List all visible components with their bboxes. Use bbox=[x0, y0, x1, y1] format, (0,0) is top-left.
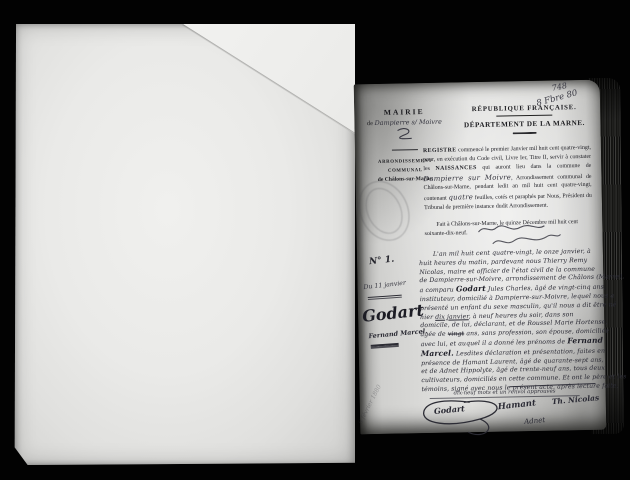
departement-title: DÉPARTEMENT DE LA MARNE. bbox=[458, 119, 590, 130]
margin-pencil-note: 6 février 1880 bbox=[357, 384, 383, 426]
page-content: 748 8 Fbre 80 MAIRIE de Dampierre s/ Moi… bbox=[354, 80, 607, 435]
margin-rule-bottom bbox=[371, 343, 399, 347]
ornament-rule bbox=[513, 132, 537, 134]
republique-title: RÉPUBLIQUE FRANÇAISE. bbox=[458, 104, 590, 114]
oval-stamp-inner bbox=[359, 182, 410, 240]
oval-stamp bbox=[349, 173, 419, 250]
register-page: 748 8 Fbre 80 MAIRIE de Dampierre s/ Moi… bbox=[354, 80, 607, 435]
title-rule bbox=[496, 115, 552, 117]
witness2-signature: Adnet bbox=[524, 416, 546, 426]
act-number: N° 1. bbox=[369, 255, 395, 268]
mairie-de: de bbox=[367, 120, 373, 127]
commune-handwritten: Dampierre s/ Moivre bbox=[375, 118, 442, 127]
folded-corner bbox=[14, 24, 355, 465]
right-page-group: 748 8 Fbre 80 MAIRIE de Dampierre s/ Moi… bbox=[352, 74, 630, 442]
mairie-commune-line: de Dampierre s/ Moivre bbox=[364, 118, 444, 128]
registre-word: REGISTRE bbox=[423, 147, 457, 154]
registre-seg2: qui auront lieu dans la commune de bbox=[477, 163, 592, 171]
republique-block: RÉPUBLIQUE FRANÇAISE. DÉPARTEMENT DE LA … bbox=[458, 104, 591, 140]
header-divider bbox=[392, 149, 418, 150]
naissances-word: NAISSANCES bbox=[435, 165, 476, 172]
registre-commune-handwritten: Dampierre sur Moivre bbox=[423, 173, 511, 183]
mairie-label: MAIRIE bbox=[364, 107, 444, 118]
act-date: Du 11 janvier bbox=[363, 280, 406, 291]
margin-rule-top bbox=[368, 295, 402, 298]
paraph-scribble bbox=[394, 127, 416, 141]
margin-surname: Godart bbox=[361, 300, 424, 325]
registre-contenant-handwritten: quatre bbox=[448, 193, 473, 201]
scanned-register-spread: 748 8 Fbre 80 MAIRIE de Dampierre s/ Moi… bbox=[0, 0, 630, 480]
registre-paragraph: REGISTRE commencé le premier Janvier mil… bbox=[423, 144, 592, 213]
act-body: L'an mil huit cent quatre-vingt, le onze… bbox=[419, 248, 598, 395]
left-blank-page bbox=[14, 24, 355, 465]
margin-given-names: Fernand Marcel. bbox=[368, 327, 427, 340]
